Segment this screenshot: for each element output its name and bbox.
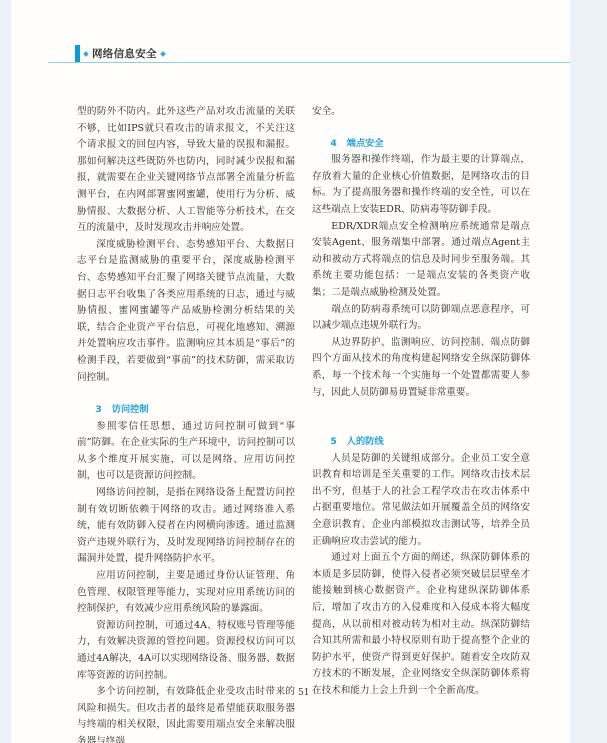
paragraph: 人员是防御的关键组成部分。企业员工安全意识教育和培训是至关重要的工作。网络攻击技… (312, 451, 530, 551)
paragraph: 型的防外不防内。此外这些产品对攻击流量的关联不够，比如IPS就只看攻击的请求报文… (77, 104, 295, 237)
paragraph: 通过对上面五个方面的阐述，纵深防御体系的本质是多层防御，使得入侵者必须突破层层壁… (312, 550, 530, 699)
section-title: 访问控制 (112, 404, 149, 415)
section-number: 5 (330, 436, 336, 447)
section-title: 人的防线 (347, 436, 384, 447)
section-number: 3 (95, 404, 101, 415)
paragraph: 资源访问控制，可通过4A、特权账号管理等能力，有效解决资源的管控问题。资源授权访… (77, 618, 295, 684)
paragraph: 服务器和操作终端，作为最主要的计算端点，存放着大量的企业核心价值数据，是网络攻击… (312, 152, 530, 218)
paragraph: EDR/XDR端点安全检测响应系统通常是端点安装Agent、服务端集中部署。通过… (312, 219, 530, 302)
paragraph: 参照零信任思想，通过访问控制可做到“事前”防御。在企业实际的生产环境中，访问控制… (77, 419, 295, 485)
header-rule (48, 62, 570, 63)
page-number: 51 (298, 688, 309, 698)
section-number: 4 (330, 138, 336, 149)
paragraph: 安全。 (312, 104, 530, 121)
running-header: 网络信息安全 (82, 46, 167, 61)
paragraph: 端点的防病毒系统可以防御端点恶意程序，可以减少端点违规外联行为。 (312, 302, 530, 335)
paragraph: 应用访问控制，主要是通过身份认证管理、角色管理、权限管理等能力，实现对应用系统访… (77, 568, 295, 618)
section-heading-access-control: 3访问控制 (77, 402, 295, 419)
header-accent-bar (75, 45, 80, 63)
paragraph: 从边界防护、监测响应、访问控制、端点防御四个方面从技术的角度构建起网络安全纵深防… (312, 335, 530, 401)
section-heading-human-defense: 5人的防线 (312, 434, 530, 451)
running-header-title: 网络信息安全 (92, 46, 157, 61)
diamond-icon (83, 51, 89, 57)
document-page: 网络信息安全 型的防外不防内。此外这些产品对攻击流量的关联不够，比如IPS就只看… (11, 0, 570, 743)
paragraph: 多个访问控制，有效降低企业受攻击时带来的风险和损失。但攻击者的最终是希望能获取服… (77, 684, 295, 743)
left-column: 型的防外不防内。此外这些产品对攻击流量的关联不够，比如IPS就只看攻击的请求报文… (77, 104, 295, 743)
right-column: 安全。 4端点安全 服务器和操作终端，作为最主要的计算端点，存放着大量的企业核心… (312, 104, 530, 700)
section-heading-endpoint-security: 4端点安全 (312, 136, 530, 153)
section-title: 端点安全 (347, 138, 384, 149)
paragraph: 网络访问控制，是指在网络设备上配置访问控制有效切断依赖于网络的攻击。通过网络准入… (77, 485, 295, 568)
paragraph: 深度威胁检测平台、态势感知平台、大数据日志平台是监测威胁的重要平台，深度威胁检测… (77, 237, 295, 386)
diamond-icon (160, 51, 166, 57)
